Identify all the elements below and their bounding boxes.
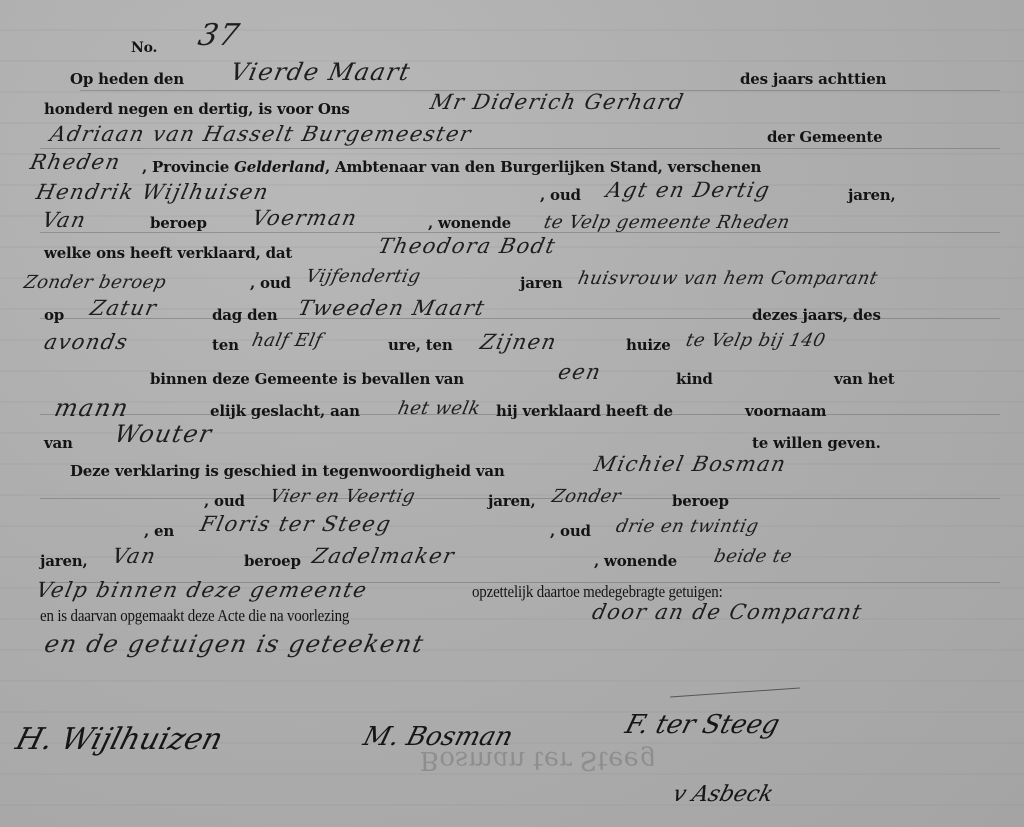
handwritten-text: door an de Comparant (590, 600, 865, 624)
printed-text: en is daarvan opgemaakt deze Acte die na… (40, 606, 349, 626)
handwritten-date: Vierde Maart (228, 58, 414, 86)
handwritten-time: half Elf (250, 330, 324, 351)
handwritten-municipality: Rheden (28, 150, 123, 174)
printed-text: , oud (250, 274, 291, 292)
handwritten-text: Zijnen (478, 330, 559, 354)
handwritten-witness-name: Floris ter Steeg (198, 512, 394, 536)
printed-text: kind (676, 370, 713, 388)
handwritten-relation: huisvrouw van hem Comparant (576, 268, 880, 289)
certificate-number: 37 (195, 18, 244, 53)
handwritten-residence: Velp binnen deze gemeente (34, 578, 370, 602)
handwritten-occupation: Voerman (250, 206, 360, 230)
handwritten-declarant-name: Hendrik Wijlhuisen (34, 180, 272, 204)
printed-text: beroep (672, 492, 729, 510)
printed-text: ten (212, 336, 239, 354)
printed-text: , wonende (594, 552, 677, 570)
handwritten-text: het welk (396, 398, 482, 419)
handwritten-occupation: Zonder (550, 486, 623, 507)
handwritten-residence: beide te (712, 546, 794, 567)
signature-witness-2: F. ter Steeg (622, 710, 783, 740)
printed-text: te willen geven. (752, 434, 881, 452)
ruled-line (40, 232, 1000, 233)
handwritten-age: Vijfendertig (304, 266, 423, 287)
printed-text: binnen deze Gemeente is bevallen van (150, 370, 464, 388)
printed-text: beroep (150, 214, 207, 232)
printed-text: elijk geslacht, aan (210, 402, 360, 420)
printed-text: jaren, (40, 552, 88, 570)
printed-text: jaren (520, 274, 563, 292)
ruled-line (40, 148, 1000, 149)
printed-text: , Provincie Gelderland, Ambtenaar van de… (142, 158, 761, 176)
printed-text: , en (144, 522, 174, 540)
printed-text: , wonende (428, 214, 511, 232)
birth-certificate-page: No. 37 Op heden den Vierde Maart des jaa… (0, 0, 1024, 827)
printed-text: dezes jaars, des (752, 306, 881, 324)
printed-text: dag den (212, 306, 277, 324)
signature-declarant: H. Wijlhuizen (12, 722, 227, 757)
handwritten-mother-name: Theodora Bodt (376, 234, 558, 258)
printed-text: welke ons heeft verklaard, dat (44, 244, 292, 262)
printed-text: op (44, 306, 64, 324)
handwritten-occupation: Zonder beroep (22, 272, 168, 293)
handwritten-text: en de getuigen is geteekent (42, 630, 427, 658)
signature-flourish (670, 687, 800, 697)
printed-text: Deze verklaring is geschied in tegenwoor… (70, 462, 505, 480)
handwritten-age: Vier en Veertig (268, 486, 417, 507)
handwritten-residence: te Velp gemeente Rheden (542, 212, 792, 233)
handwritten-birth-date: Tweeden Maart (296, 296, 488, 320)
handwritten-child-name: Wouter (112, 420, 215, 448)
handwritten-birth-place: te Velp bij 140 (684, 330, 828, 351)
province-name: Gelderland (234, 158, 325, 176)
handwritten-occupation: Zadelmaker (310, 544, 457, 568)
printed-text: voornaam (745, 402, 826, 420)
printed-text: opzettelijk daartoe medegebragte getuige… (472, 582, 723, 602)
printed-text: van (44, 434, 73, 452)
printed-text: jaren, (488, 492, 536, 510)
printed-text: ure, ten (388, 336, 453, 354)
handwritten-official-name: Mr Diderich Gerhard (428, 90, 687, 114)
handwritten-gender: mann (52, 394, 132, 422)
printed-text: des jaars achttien (740, 70, 886, 88)
printed-text: hij verklaard heeft de (496, 402, 673, 420)
handwritten-count: een (556, 360, 604, 384)
printed-text: Op heden den (70, 70, 184, 88)
printed-text: , oud (550, 522, 591, 540)
printed-text: , oud (540, 186, 581, 204)
signature-official: v Asbeck (670, 782, 776, 807)
printed-text: jaren, (848, 186, 896, 204)
printed-text: beroep (244, 552, 301, 570)
number-label: No. (131, 40, 157, 56)
printed-text: van het (834, 370, 895, 388)
signature-witness-1: M. Bosman (360, 722, 516, 752)
printed-text: honderd negen en dertig, is voor Ons (44, 100, 350, 118)
handwritten-age: Agt en Dertig (604, 178, 773, 202)
handwritten-weekday: Zatur (88, 296, 160, 320)
printed-text: huize (626, 336, 671, 354)
handwritten-text: avonds (42, 330, 131, 354)
printed-text: , oud (204, 492, 245, 510)
handwritten-witness-name: Michiel Bosman (592, 452, 789, 476)
handwritten-age: drie en twintig (614, 516, 761, 537)
handwritten-text: Van (110, 544, 159, 568)
handwritten-official-name: Adriaan van Hasselt Burgemeester (48, 122, 474, 146)
handwritten-text: Van (40, 208, 89, 232)
printed-text: der Gemeente (767, 128, 882, 146)
